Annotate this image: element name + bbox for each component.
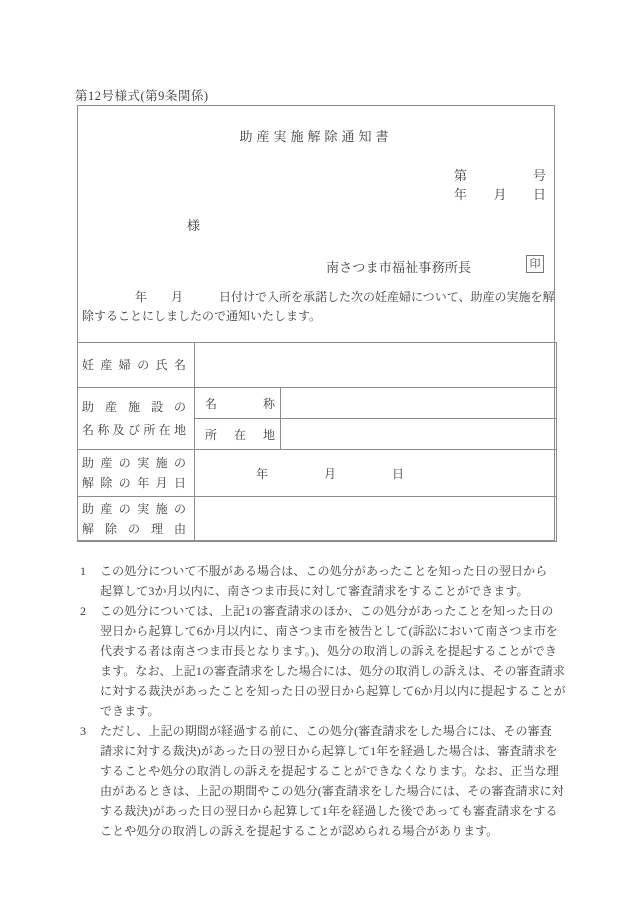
cancellation-date-label-line1: 助産の実施の bbox=[82, 453, 186, 473]
note-line: 由があるときは、上記の期間やこの処分(審査請求をした場合には、その審査請求に対 bbox=[100, 781, 566, 801]
facility-address-value-cell bbox=[281, 419, 557, 450]
cancellation-date-label-line2: 解除の年月日 bbox=[82, 473, 186, 493]
note-line: することや処分の取消しの訴えを提起することができなくなります。なお、正当な理 bbox=[100, 761, 566, 781]
note-line: この処分について不服がある場合は、この処分があったことを知った日の翌日から bbox=[100, 561, 566, 581]
cancel-month-label: 月 bbox=[324, 465, 336, 482]
addressee-honorific: 様 bbox=[187, 215, 200, 234]
cancel-year-label: 年 bbox=[256, 465, 268, 482]
facility-label-line2: 名称及び所在地 bbox=[82, 419, 186, 442]
notice-body: 年 月 日付けで入所を承諾した次の妊産婦について、助産の実施を解 除することにし… bbox=[82, 288, 552, 326]
notice-box: 助産実施解除通知書 第 号 年 月 日 様 南さつま市福祉事務所長 印 年 月 … bbox=[77, 105, 555, 541]
document-page: 第12号様式(第9条関係) 助産実施解除通知書 第 号 年 月 日 様 南さつま… bbox=[0, 0, 630, 915]
mother-name-label-cell: 妊産婦の氏名 bbox=[78, 343, 195, 388]
cancellation-date-label-cell: 助産の実施の 解除の年月日 bbox=[78, 450, 195, 497]
table-row-facility-name: 助産施設の 名称及び所在地 名称 bbox=[78, 388, 557, 419]
cancellation-reason-label-cell: 助産の実施の 解除の理由 bbox=[78, 497, 195, 542]
seal-placeholder: 印 bbox=[526, 255, 544, 273]
note-line: ただし、上記の期間が経過する前に、この処分(審査請求をした場合には、その審査 bbox=[100, 721, 566, 741]
note-line: できます。 bbox=[100, 701, 566, 721]
facility-address-sublabel: 所在地 bbox=[205, 426, 275, 443]
mother-name-label: 妊産婦の氏名 bbox=[82, 355, 186, 375]
date-year-label: 年 bbox=[454, 184, 467, 203]
cancellation-date-value-cell: 年 月 日 bbox=[195, 450, 557, 497]
cancellation-reason-value-cell bbox=[195, 497, 557, 542]
doc-number-suffix: 号 bbox=[533, 165, 546, 184]
note-line: ます。なお、上記1の審査請求をした場合には、処分の取消しの訴えは、その審査請求 bbox=[100, 661, 566, 681]
facility-name-sublabel-cell: 名称 bbox=[195, 388, 281, 419]
cancel-day-label: 日 bbox=[392, 465, 404, 482]
cancellation-reason-label-line2: 解除の理由 bbox=[82, 519, 186, 539]
note-item-2: 2 この処分については、上記1の審査請求のほか、この処分があったことを知った日の… bbox=[80, 601, 566, 721]
note-number: 2 bbox=[80, 601, 86, 621]
facility-name-sublabel: 名称 bbox=[205, 395, 275, 412]
notice-body-line2: 除することにしましたので通知いたします。 bbox=[82, 307, 552, 326]
note-line: 翌日から起算して6か月以内に、南さつま市を被告として(訴訟において南さつま市を bbox=[100, 621, 566, 641]
table-row-cancellation-date: 助産の実施の 解除の年月日 年 月 日 bbox=[78, 450, 557, 497]
note-item-3: 3 ただし、上記の期間が経過する前に、この処分(審査請求をした場合には、その審査… bbox=[80, 721, 566, 841]
form-id-label: 第12号様式(第9条関係) bbox=[75, 86, 209, 104]
note-line: 起算して3か月以内に、南さつま市長に対して審査請求をすることができます。 bbox=[100, 581, 566, 601]
issuer-title: 南さつま市福祉事務所長 bbox=[326, 257, 471, 276]
note-line: この処分については、上記1の審査請求のほか、この処分があったことを知った日の bbox=[100, 601, 566, 621]
note-line: 請求に対する裁決)があった日の翌日から起算して1年を経過した場合は、審査請求を bbox=[100, 741, 566, 761]
table-row-cancellation-reason: 助産の実施の 解除の理由 bbox=[78, 497, 557, 542]
doc-number-prefix: 第 bbox=[454, 165, 467, 184]
table-row-mother-name: 妊産婦の氏名 bbox=[78, 343, 557, 388]
facility-label-cell: 助産施設の 名称及び所在地 bbox=[78, 388, 195, 450]
note-number: 3 bbox=[80, 721, 86, 741]
facility-label-line1: 助産施設の bbox=[82, 396, 186, 419]
legal-notes: 1 この処分について不服がある場合は、この処分があったことを知った日の翌日から … bbox=[80, 561, 566, 841]
notice-detail-table: 妊産婦の氏名 助産施設の 名称及び所在地 名称 所在地 bbox=[77, 342, 557, 542]
note-line: ことや処分の取消しの訴えを提起することが認められる場合があります。 bbox=[100, 821, 566, 841]
note-item-1: 1 この処分について不服がある場合は、この処分があったことを知った日の翌日から … bbox=[80, 561, 566, 601]
notice-body-line1: 年 月 日付けで入所を承諾した次の妊産婦について、助産の実施を解 bbox=[82, 288, 552, 307]
cancellation-reason-label-line1: 助産の実施の bbox=[82, 499, 186, 519]
document-number-line: 第 号 bbox=[454, 165, 546, 184]
facility-address-sublabel-cell: 所在地 bbox=[195, 419, 281, 450]
document-title: 助産実施解除通知書 bbox=[78, 126, 554, 145]
date-day-label: 日 bbox=[533, 184, 546, 203]
note-line: する裁決)があった日の翌日から起算して1年を経過した後であっても審査請求をする bbox=[100, 801, 566, 821]
mother-name-value-cell bbox=[195, 343, 557, 388]
facility-name-value-cell bbox=[281, 388, 557, 419]
cancellation-date-ymd: 年 月 日 bbox=[256, 465, 404, 482]
date-month-label: 月 bbox=[493, 184, 506, 203]
issue-date-line: 年 月 日 bbox=[454, 184, 546, 203]
note-line: に対する裁決があったことを知った日の翌日から起算して6か月以内に提起することが bbox=[100, 681, 566, 701]
note-number: 1 bbox=[80, 561, 86, 581]
note-line: 代表する者は南さつま市長となります。)、処分の取消しの訴えを提起することができ bbox=[100, 641, 566, 661]
